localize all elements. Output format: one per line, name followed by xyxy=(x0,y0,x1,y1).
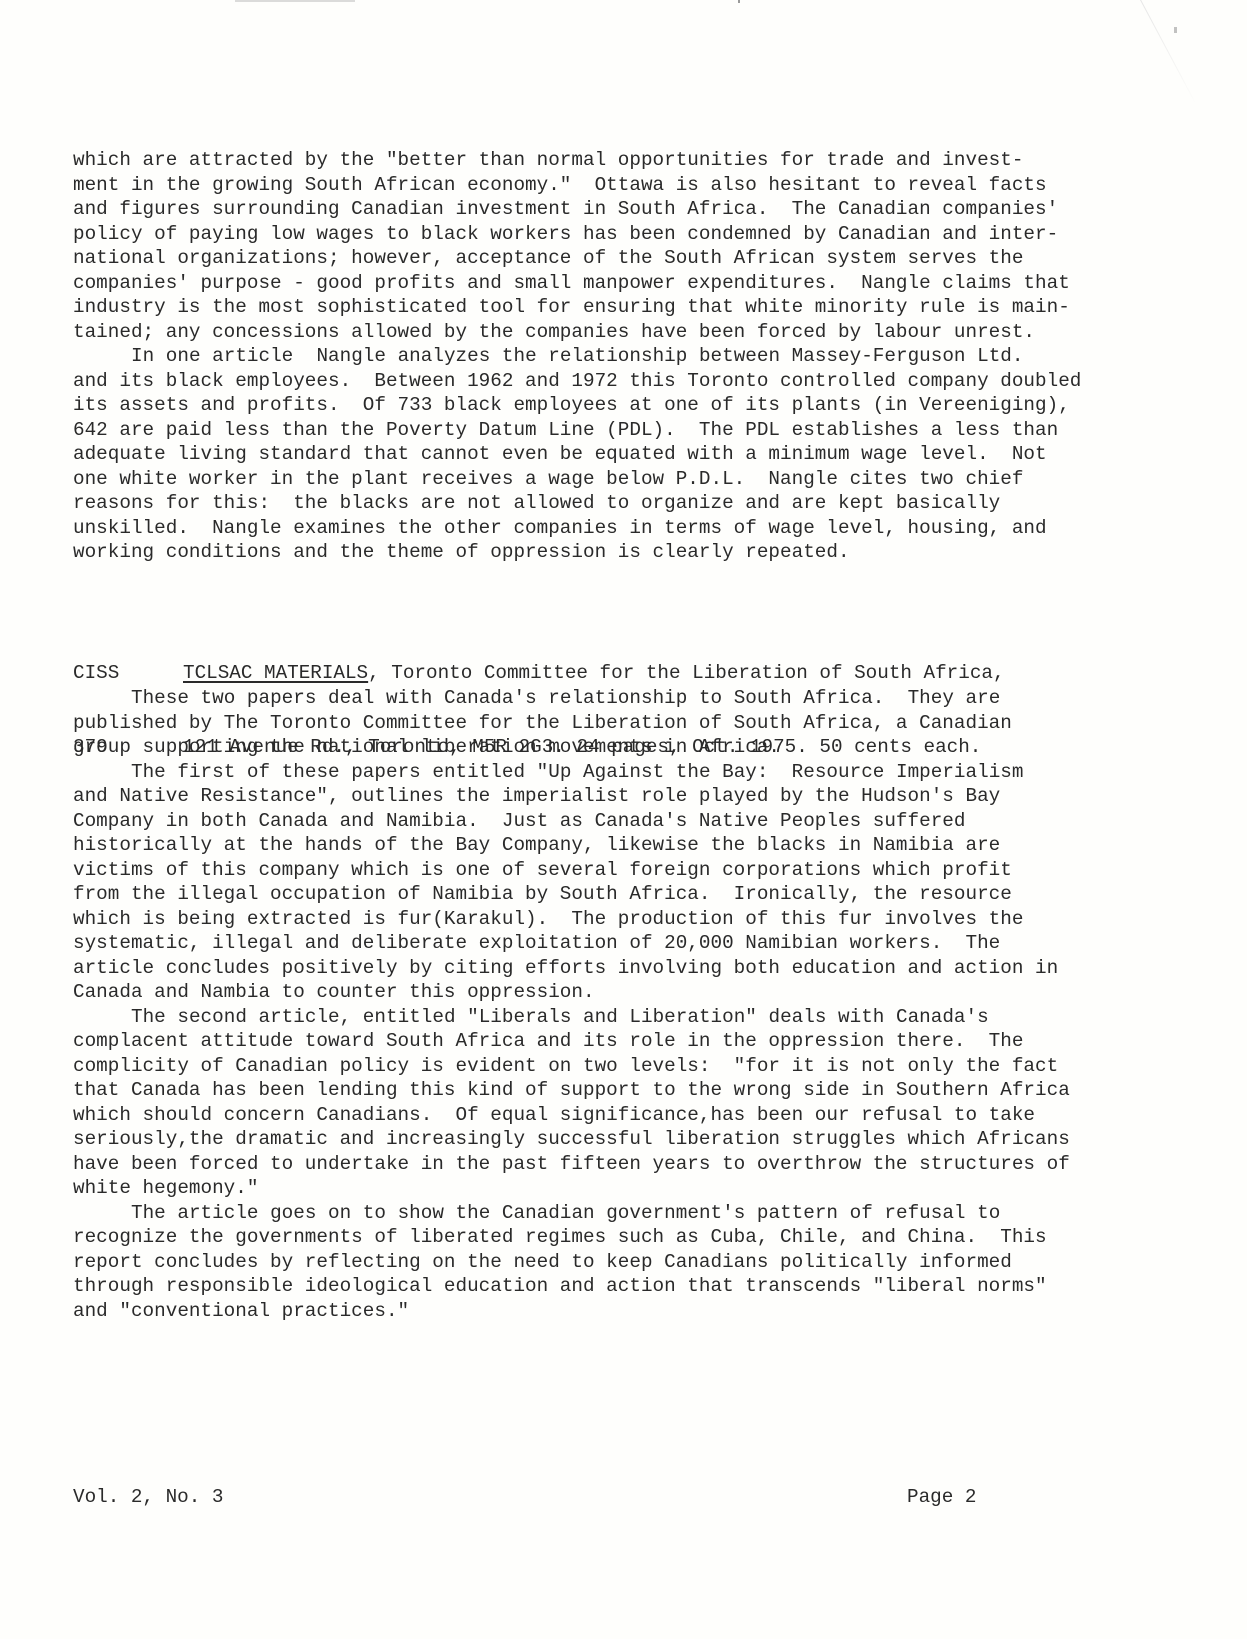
text-line: group supporting the national liberation… xyxy=(73,735,1070,760)
text-line: which should concern Canadians. Of equal… xyxy=(73,1103,1070,1128)
scan-mark-top-right xyxy=(1174,27,1177,33)
text-line: victims of this company which is one of … xyxy=(73,858,1070,883)
text-line: In one article Nangle analyzes the relat… xyxy=(73,344,1081,369)
text-line: national organizations; however, accepta… xyxy=(73,246,1081,271)
text-line: white hegemony." xyxy=(73,1176,1070,1201)
paragraph: The first of these papers entitled "Up A… xyxy=(73,760,1070,1005)
text-line: Company in both Canada and Namibia. Just… xyxy=(73,809,1070,834)
scan-mark-top-left xyxy=(235,0,355,2)
text-line: and Native Resistance", outlines the imp… xyxy=(73,784,1070,809)
paragraph: The article goes on to show the Canadian… xyxy=(73,1201,1070,1324)
text-line: recognize the governments of liberated r… xyxy=(73,1225,1070,1250)
text-line: adequate living standard that cannot eve… xyxy=(73,442,1081,467)
text-line: which are attracted by the "better than … xyxy=(73,148,1081,173)
paragraph: These two papers deal with Canada's rela… xyxy=(73,686,1070,760)
review-continuation: which are attracted by the "better than … xyxy=(73,148,1081,565)
text-line: systematic, illegal and deliberate explo… xyxy=(73,931,1070,956)
text-line: policy of paying low wages to black work… xyxy=(73,222,1081,247)
text-line: from the illegal occupation of Namibia b… xyxy=(73,882,1070,907)
text-line: 642 are paid less than the Poverty Datum… xyxy=(73,418,1081,443)
text-line: its assets and profits. Of 733 black emp… xyxy=(73,393,1081,418)
text-line: companies' purpose - good profits and sm… xyxy=(73,271,1081,296)
text-line: through responsible ideological educatio… xyxy=(73,1274,1070,1299)
text-line: published by The Toronto Committee for t… xyxy=(73,711,1070,736)
text-line: have been forced to undertake in the pas… xyxy=(73,1152,1070,1177)
paragraph: In one article Nangle analyzes the relat… xyxy=(73,344,1081,565)
text-line: The first of these papers entitled "Up A… xyxy=(73,760,1070,785)
paper-fold-line xyxy=(1140,0,1197,106)
text-line: that Canada has been lending this kind o… xyxy=(73,1078,1070,1103)
text-line: complicity of Canadian policy is evident… xyxy=(73,1054,1070,1079)
text-line: and "conventional practices." xyxy=(73,1299,1070,1324)
text-line: reasons for this: the blacks are not all… xyxy=(73,491,1081,516)
text-line: seriously,the dramatic and increasingly … xyxy=(73,1127,1070,1152)
paragraph: The second article, entitled "Liberals a… xyxy=(73,1005,1070,1201)
footer-volume: Vol. 2, No. 3 xyxy=(73,1485,223,1510)
text-line: Canada and Nambia to counter this oppres… xyxy=(73,980,1070,1005)
scan-mark-top-center xyxy=(738,0,740,3)
text-line: and figures surrounding Canadian investm… xyxy=(73,197,1081,222)
document-page: which are attracted by the "better than … xyxy=(0,0,1247,1639)
entry-publisher: , Toronto Committee for the Liberation o… xyxy=(368,662,1004,684)
text-line: industry is the most sophisticated tool … xyxy=(73,295,1081,320)
entry-code-label: CISS xyxy=(73,661,119,686)
entry-review: These two papers deal with Canada's rela… xyxy=(73,686,1070,1323)
text-line: working conditions and the theme of oppr… xyxy=(73,540,1081,565)
text-line: historically at the hands of the Bay Com… xyxy=(73,833,1070,858)
text-line: ment in the growing South African econom… xyxy=(73,173,1081,198)
text-line: The article goes on to show the Canadian… xyxy=(73,1201,1070,1226)
citation-line-1: TCLSAC MATERIALS, Toronto Committee for … xyxy=(183,661,1005,686)
footer-page-number: Page 2 xyxy=(907,1485,976,1510)
paragraph: which are attracted by the "better than … xyxy=(73,148,1081,344)
text-line: The second article, entitled "Liberals a… xyxy=(73,1005,1070,1030)
text-line: one white worker in the plant receives a… xyxy=(73,467,1081,492)
text-line: These two papers deal with Canada's rela… xyxy=(73,686,1070,711)
text-line: article concludes positively by citing e… xyxy=(73,956,1070,981)
text-line: report concludes by reflecting on the ne… xyxy=(73,1250,1070,1275)
text-line: tained; any concessions allowed by the c… xyxy=(73,320,1081,345)
text-line: complacent attitude toward South Africa … xyxy=(73,1029,1070,1054)
text-line: and its black employees. Between 1962 an… xyxy=(73,369,1081,394)
text-line: which is being extracted is fur(Karakul)… xyxy=(73,907,1070,932)
text-line: unskilled. Nangle examines the other com… xyxy=(73,516,1081,541)
entry-title: TCLSAC MATERIALS xyxy=(183,662,368,684)
